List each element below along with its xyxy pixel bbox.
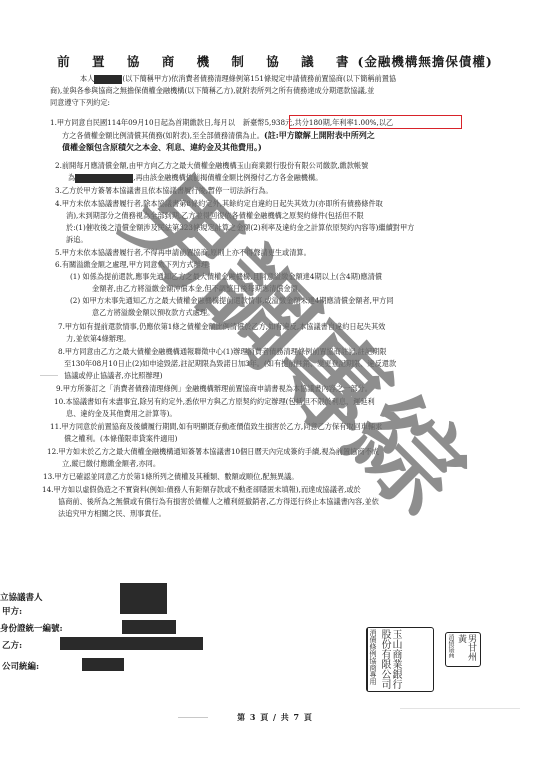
clause-5: 5.甲方未依本協議書履行者,不得再申請前置協商,原則上亦不得聲請更生或清算。 <box>55 247 311 260</box>
clause-6-line-1: 6.有關溢繳金額之處理,甲方同意依下列方式辦理: <box>55 259 210 272</box>
bank-seal-dept: 消債條例協商專用 <box>367 628 378 691</box>
party-a-label: 甲方: <box>2 605 22 617</box>
document-page: 前 置 協 商 機 制 協 議 書(金融機構無擔保債權) 本人(以下簡稱甲方)依… <box>0 0 550 778</box>
clause-8-line-2: 至130年08月10日止(2)如申途毀諾,註記期限為毀諾日加3年。(如有提前註銷… <box>64 358 396 371</box>
clause-2-line-2: 為,再由該金融機構依前揭債權金額比例撥付乙方各金融機構。 <box>68 172 322 185</box>
intro-line-1: 本人(以下簡稱甲方)依消費者債務清理條例第151條規定申請債務前置協商(以下簡稱… <box>80 73 396 86</box>
clause-6-2-line-2: 意乙方將溢繳金額以預收款方式處理。 <box>92 307 214 320</box>
clause-4-line-4: 訴追。 <box>66 234 88 247</box>
clause-14-line-3: 法追究甲方相關之民、刑事責任。 <box>58 508 166 521</box>
clause-6-1-line-2: 金額者,由乙方將溢繳金額沖償本金,但不調整日後每期應清償金額。 <box>92 283 305 296</box>
bank-seal: 消債條例協商專用 玉山商業銀行股份有限公司 <box>366 627 434 692</box>
clause-13: 13.甲方已確認並同意乙方於第1條所列之債權及其種類、數額或順位,配無異議。 <box>43 471 299 484</box>
page-number: 第 3 頁 / 共 7 頁 <box>0 712 550 723</box>
clause-8-line-1: 8.甲方同意由乙方之最大債權金融機構通報聯徵中心(1)辦理消費者債務清理條例前置… <box>58 346 386 359</box>
highlight-box <box>289 115 462 129</box>
clause-11-line-1: 11.甲方同意於前置協商及後續履行期間,如有明顯既存動產價值致生損害於乙方,同意… <box>50 421 382 434</box>
clause-12-line-2: 立,縱已繳付應繳金額者,亦同。 <box>62 458 160 471</box>
signatory-heading: 立協議書人 <box>0 591 43 603</box>
clause-10-line-1: 10.本協議書如有未盡事宜,除另有約定外,悉依甲方與乙方原契約約定辦理(包括但不… <box>54 396 375 409</box>
clause-7-line-2: 力,並依第4條辦理。 <box>66 333 130 346</box>
clause-9: 9.甲方所簽訂之「消費者債務清理條例」金融機構辦理前置協商申請書視為本協議書內容… <box>56 383 372 396</box>
clause-6-2-line-1: (2) 如甲方未事先通知乙方之最大債權金融機構提前還款情事,或溢繳金額未達4期應… <box>70 295 394 308</box>
intro-line-2: 商),並與各參與協商之無擔保債權金融機構(以下簡稱乙方),就附表所列之所有債務達… <box>50 85 374 98</box>
intro-line-3: 同意遵守下列約定: <box>50 97 110 110</box>
clause-3: 3.乙方於甲方簽署本協議書且依本協議書履行後,暫停一切法訴行為。 <box>55 185 273 198</box>
id-number-label: 身份證統一編號: <box>0 622 63 634</box>
redacted-signature <box>120 583 167 614</box>
redacted-party-b <box>60 637 203 650</box>
redacted-name <box>94 75 122 84</box>
redacted-account <box>75 174 133 183</box>
redacted-company-id <box>82 658 124 671</box>
clause-6-1-line-1: (1) 如係為提前還款,應事先通知乙方之最大債權金融機構,且同意溢繳金額達4期以… <box>70 271 382 284</box>
scan-artifact <box>400 708 520 709</box>
person-seal: 消債協商 男甘州黃 <box>445 632 481 667</box>
clause-4-line-2: 消),未到期部分之債務視為全部到期,乙方並得回復依各債權金融機構之原契約條件(包… <box>66 210 364 223</box>
scan-artifact <box>40 375 58 376</box>
clause-8-line-3: 協議或停止協議者,亦比照辦理) <box>64 370 163 383</box>
clause-14-line-1: 14.甲方如以虛假偽造之不實資料(例如:債務人有鉅額存款或不動產卻隱匿未填報),… <box>42 484 361 497</box>
party-b-label: 乙方: <box>2 639 22 651</box>
redacted-id-number <box>122 620 176 634</box>
clause-14-line-2: 協商前、後所為之無償或有償行為有損害於債權人之權利經撤銷者,乙方得逕行終止本協議… <box>58 496 379 509</box>
title-sub: (金融機構無擔保債權) <box>357 54 492 69</box>
clause-4-line-1: 4.甲方未依本協議書履行者,除本協議書第8條約定外,其餘約定自違約日起失其效力(… <box>55 198 383 211</box>
title-main: 前 置 協 商 機 制 協 議 書 <box>57 54 357 69</box>
clause-10-line-2: 息、違約金及其他費用之計算等)。 <box>66 408 177 421</box>
clause-12-line-1: 12.甲方如未於乙方之最大債權金融機構通知簽署本協議書10個日曆天內完成簽約手續… <box>47 446 379 459</box>
clause-7-line-1: 7.甲方如有提前還款情事,仍應依第1條之債權金額比例清償於乙方,如有違反,本協議… <box>58 321 385 334</box>
company-id-label: 公司統編: <box>2 660 39 672</box>
clause-2-line-1: 2.前開每月應清償金額,由甲方向乙方之最大債權金融機構玉山商業銀行股份有限公司繳… <box>55 160 368 173</box>
clause-11-line-2: 償之權利。(本條僅限車貸案件適用) <box>64 433 177 446</box>
clause-4-line-3: 於:(1)催收後之清償金額涉及民法第323條規定計算之金額(2)利率及違約金之計… <box>66 222 414 235</box>
clause-1-line-3: 債權金額包含原積欠之本金、利息、違約金及其他費用。) <box>62 141 262 154</box>
document-title: 前 置 協 商 機 制 協 議 書(金融機構無擔保債權) <box>0 52 550 70</box>
bank-seal-name: 玉山商業銀行股份有限公司 <box>378 628 402 691</box>
